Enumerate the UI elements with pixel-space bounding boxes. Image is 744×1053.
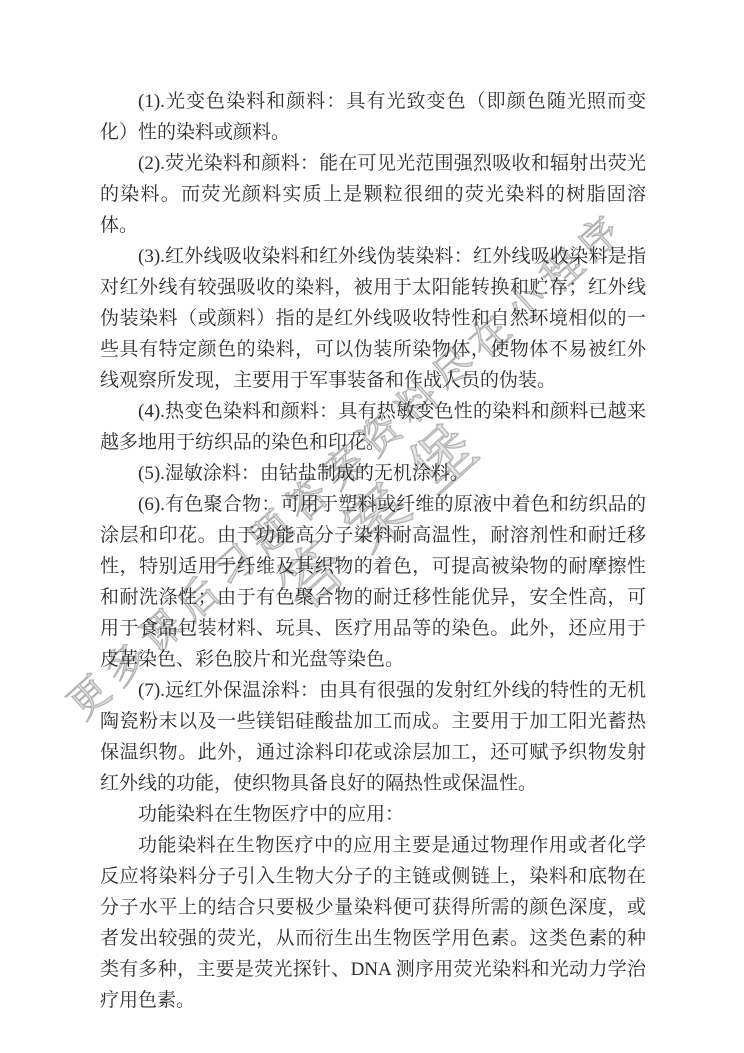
paragraph-thermochromic-dyes: (4).热变色染料和颜料：具有热敏变色性的染料和颜料已越来越多地用于纺织品的染色… — [100, 396, 646, 458]
paragraph-biomedical-applications: 功能染料在生物医疗中的应用主要是通过物理作用或者化学反应将染料分子引入生物大分子… — [100, 830, 646, 1016]
paragraph-photochromic-dyes: (1).光变色染料和颜料：具有光致变色（即颜色随光照而变化）性的染料或颜料。 — [100, 86, 646, 148]
heading-biomedical-applications: 功能染料在生物医疗中的应用： — [100, 799, 646, 830]
paragraph-fluorescent-dyes: (2).荧光染料和颜料：能在可见光范围强烈吸收和辐射出荧光的染料。而荧光颜料实质… — [100, 148, 646, 241]
paragraph-far-infrared-coatings: (7).远红外保温涂料：由具有很强的发射红外线的特性的无机陶瓷粉末以及一些镁铝硅… — [100, 675, 646, 799]
paragraph-infrared-dyes: (3).红外线吸收染料和红外线伪装染料：红外线吸收染料是指对红外线有较强吸收的染… — [100, 241, 646, 396]
paragraph-colored-polymers: (6).有色聚合物：可用于塑料或纤维的原液中着色和纺织品的涂层和印花。由于功能高… — [100, 489, 646, 675]
document-body: (1).光变色染料和颜料：具有光致变色（即颜色随光照而变化）性的染料或颜料。 (… — [100, 86, 646, 1016]
paragraph-humidity-coatings: (5).湿敏涂料：由钴盐制成的无机涂料。 — [100, 458, 646, 489]
document-page: 更多课后习题答案资料尽在小程序 答案堡 (1).光变色染料和颜料：具有光致变色（… — [0, 0, 744, 1053]
